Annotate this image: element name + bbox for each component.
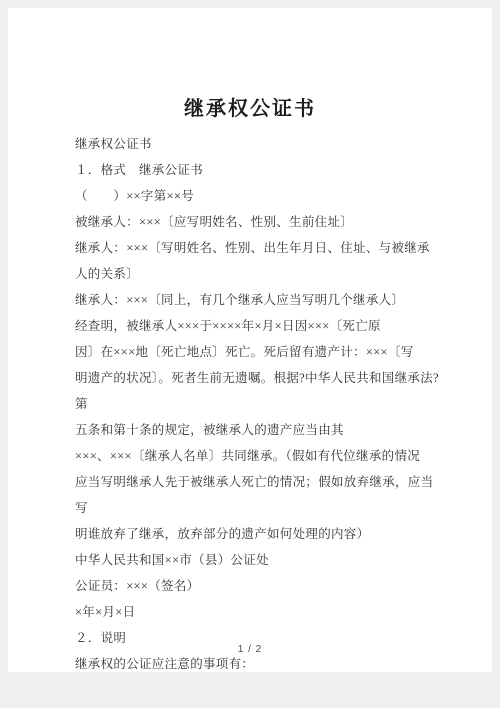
document-line: 人的关系〕 [75,261,440,287]
document-line: ×年×月×日 [75,599,440,625]
document-line: 继承人：×××〔同上，有几个继承人应当写明几个继承人〕 [75,287,440,313]
document-line: 明谁放弃了继承，放弃部分的遗产如何处理的内容） [75,521,440,547]
document-title: 继承权公证书 [8,96,492,122]
document-line: 明遗产的状况〕。死者生前无遗嘱。根据?中华人民共和国继承法?第 [75,365,440,417]
document-body: 继承权公证书１．格式 继承公证书（ ）××字第××号被继承人：×××〔应写明姓名… [8,131,492,677]
document-line: 经查明，被继承人×××于××××年×月×日因×××〔死亡原 [75,313,440,339]
document-line: 公证员：×××（签名） [75,573,440,599]
document-page: 继承权公证书 继承权公证书１．格式 继承公证书（ ）××字第××号被继承人：××… [8,8,492,672]
document-line: 中华人民共和国××市（县）公证处 [75,547,440,573]
document-line: ×××、×××〔继承人名单〕共同继承。（假如有代位继承的情况 [75,443,440,469]
page-number-indicator: 1 / 2 [8,644,492,655]
document-line: 继承人：×××〔写明姓名、性别、出生年月日、住址、与被继承 [75,235,440,261]
document-line: 被继承人：×××〔应写明姓名、性别、生前住址〕 [75,209,440,235]
document-line: 应当写明继承人先于被继承人死亡的情况；假如放弃继承，应当写 [75,469,440,521]
document-line: 继承权公证书 [75,131,440,157]
document-line: １．格式 继承公证书 [75,157,440,183]
document-line: （ ）××字第××号 [75,183,440,209]
document-preview-canvas: { "page": { "title": "继承权公证书", "body_lin… [0,0,500,708]
document-line: 因〕在×××地〔死亡地点〕死亡。死后留有遗产计：×××〔写 [75,339,440,365]
document-line: 五条和第十条的规定，被继承人的遗产应当由其 [75,417,440,443]
